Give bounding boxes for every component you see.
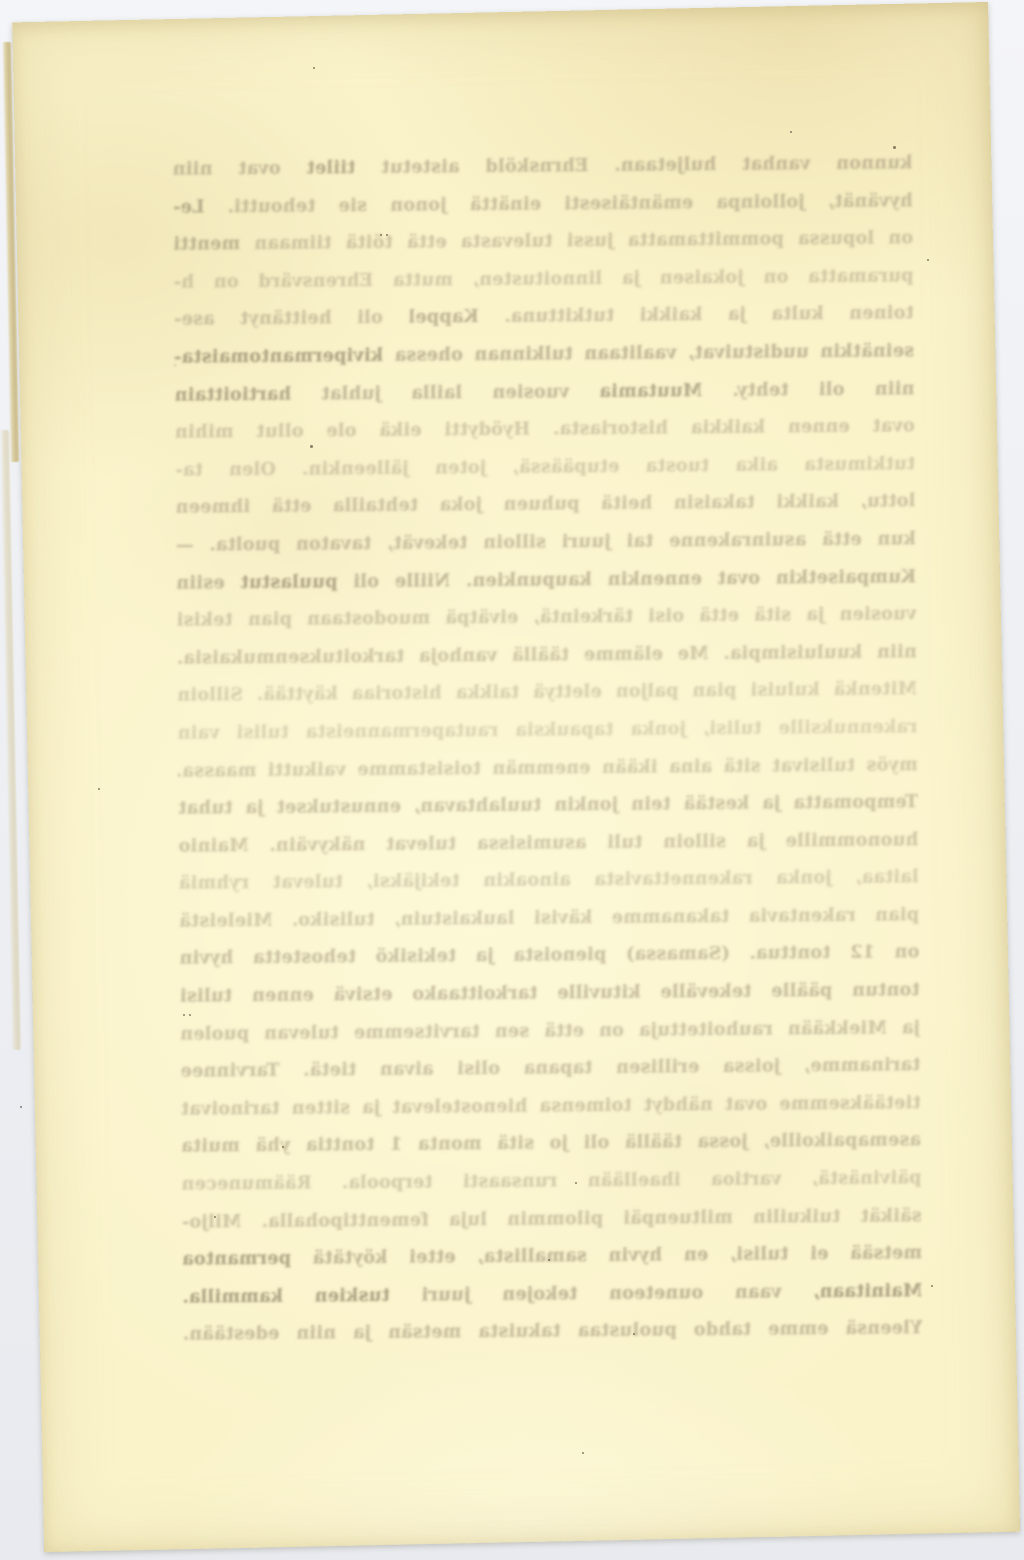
bleed-bold-segment: mentti	[173, 234, 240, 255]
bleed-line: vuosien ja sitä että oisi tärkeintä, eiv…	[176, 596, 916, 640]
ink-speck	[20, 1106, 22, 1108]
bleed-segment: on lopussa pommittamatta jussi tulevasta…	[240, 228, 913, 254]
bleed-segment: ja Miekkään rauhoitettuja on että sen ta…	[180, 1018, 920, 1044]
bleed-segment: Mitenkä kuluisi pian paljon elettyä taik…	[177, 679, 917, 705]
bleed-through-text: kunnon vanhat huljetaan. Ehrnsköld aiste…	[172, 145, 922, 1354]
bleed-bold-segment: Mainitaan,	[813, 1281, 922, 1302]
bleed-line: ja Miekkään rauhoitettuja on että sen ta…	[180, 1010, 920, 1054]
bleed-bold-segment: puulastut	[240, 572, 337, 593]
bleed-line: niin oli tehty. Muutamia vuosien lailla …	[174, 371, 914, 415]
bleed-line: on lopussa pommittamatta jussi tulevasta…	[173, 220, 913, 264]
bleed-line: asemapaikoille, jossa täällä oli jo sitä…	[181, 1123, 921, 1167]
bleed-segment: säikät tuikuilin miltuenpäi pilommin luj…	[182, 1206, 922, 1232]
bleed-bold-segment: kivipermantomaista-ja	[174, 346, 383, 368]
bleed-segment: seinätkin uudistuivat, vaalitaan tulkinn…	[383, 341, 914, 366]
bleed-segment: niin kuuluisimpia. Me elämme täällä vanh…	[177, 642, 917, 668]
ink-speck	[893, 146, 896, 149]
bleed-segment: metsää ei tulisi, en hyvin samallista, e…	[291, 1243, 922, 1269]
bleed-segment: myös tulisivat sitä aina ikään enemmän t…	[178, 755, 918, 781]
bleed-line: huonommille ja silloin tuli asumisissa t…	[178, 822, 918, 866]
bleed-segment: ovat niin	[172, 158, 306, 179]
bleed-line: lottu, kaikki takaisin heitä puhuen joka…	[175, 484, 915, 528]
bleed-bold-segment: tiilet	[306, 158, 355, 178]
bleed-line: rakennuksille tulisi, jonka tapauksia ra…	[177, 709, 917, 753]
bleed-line: hyvänät, jolloinpa emäntäisesti einättä …	[173, 183, 913, 227]
ink-speck	[214, 1216, 216, 1218]
bleed-bold-segment: permantoa	[182, 1249, 291, 1270]
bleed-line: Mitenkä kuluisi pian paljon elettyä taik…	[177, 671, 917, 715]
ink-speck	[282, 1146, 284, 1148]
bleed-line: päivinästä, vartioa ihaellään runsaasti …	[181, 1160, 921, 1204]
bleed-line: seinätkin uudistuivat, vaalitaan tulkinn…	[174, 333, 914, 377]
bleed-bold-segment: tuskien kammilla.	[182, 1286, 390, 1308]
bleed-segment: esiin	[176, 573, 240, 594]
ink-speck	[790, 131, 792, 133]
bleed-line: laitaa, jonka rakennettavista ainoakin t…	[179, 859, 919, 903]
scanned-page: kunnon vanhat huljetaan. Ehrnsköld aiste…	[12, 2, 1020, 1552]
bleed-segment: vuosien ja sitä että oisi tärkeintä, eiv…	[176, 604, 916, 630]
bleed-segment: asemapaikoille, jossa täällä oli jo sitä…	[181, 1131, 921, 1157]
ink-speck	[582, 1452, 584, 1454]
ink-speck	[183, 1014, 185, 1016]
ink-speck	[310, 445, 313, 448]
bleed-segment: puramatta on jokaisen ja linnoitusten, m…	[173, 266, 913, 292]
ink-speck	[633, 1333, 635, 1335]
bleed-segment: päivinästä, vartioa ihaellään runsaasti …	[181, 1168, 921, 1194]
bleed-segment: hyvänät, jolloinpa emäntäisesti einättä …	[204, 191, 913, 217]
bleed-line: Tempomatta ja kestää tein jonkin tuulaht…	[178, 784, 918, 828]
ink-speck	[927, 259, 929, 261]
bleed-segment: Yleensä emme tahdo puolustaa takuista me…	[183, 1319, 923, 1345]
ink-speck	[548, 1259, 550, 1261]
bleed-segment: tontun päälle tekevälle kituville tarkoi…	[180, 980, 920, 1006]
bleed-line: metsää ei tulisi, en hyvin samallista, e…	[182, 1235, 922, 1279]
bleed-line: kun että asuinrakenne tai juuri silloin …	[176, 521, 916, 565]
bleed-line: toinen kulta ja kaikki tutkittuna. Kappe…	[174, 296, 914, 340]
ink-speck	[380, 234, 382, 236]
bleed-segment: niin oli tehty.	[702, 379, 914, 401]
bleed-bold-segment: Le-	[173, 197, 205, 217]
book-sheet-edge-lower	[0, 430, 21, 1050]
bleed-bold-segment: Kappel	[408, 307, 479, 328]
bleed-segment: vuosien lailla juhlat	[291, 381, 599, 404]
bleed-segment: vaan ouneteon tekojen juuri	[390, 1282, 813, 1306]
ink-speck	[386, 234, 388, 236]
bleed-line: kunnon vanhat huljetaan. Ehrnsköld aiste…	[172, 145, 912, 189]
bleed-line: Yleensä emme tahdo puolustaa takuista me…	[183, 1311, 923, 1355]
bleed-segment: oli heittänyt ase-	[174, 308, 409, 330]
bleed-segment: rakennuksille tulisi, jonka tapauksia ra…	[177, 717, 917, 743]
bleed-bold-segment: hartioittain	[174, 384, 291, 405]
bleed-segment: tietääksemme ovat nähdyt toimensa hienos…	[181, 1093, 921, 1119]
bleed-segment: huonommille ja silloin tuli asumisissa t…	[178, 830, 918, 856]
bleed-line: tutkimusta aika tuosta etupäässä, joten …	[175, 446, 915, 490]
bleed-segment: tutkimusta aika tuosta etupäässä, joten …	[175, 454, 915, 480]
bleed-bold-segment: Muutamia	[599, 381, 702, 402]
ink-speck	[931, 1285, 933, 1287]
bleed-line: tietääksemme ovat nähdyt toimensa hienos…	[181, 1085, 921, 1129]
bleed-segment: ovat ennen kaikkia historiasta. Hyödytti…	[175, 416, 915, 442]
bleed-segment: pian rakentavia takanamme kävisi laukais…	[179, 905, 919, 931]
ink-speck	[98, 788, 100, 790]
bleed-segment: kunnon vanhat huljetaan. Ehrnsköld aiste…	[355, 153, 912, 178]
bleed-line: Mainitaan, vaan ouneteon tekojen juuri t…	[182, 1273, 922, 1317]
scanner-background: kunnon vanhat huljetaan. Ehrnsköld aiste…	[0, 0, 1024, 1560]
bleed-segment: Kumpaisetkin ovat ennenkin kaupunkien. N…	[337, 567, 916, 592]
bleed-line: pian rakentavia takanamme kävisi laukais…	[179, 897, 919, 941]
bleed-segment: lottu, kaikki takaisin heitä puhuen joka…	[175, 492, 915, 518]
ink-speck	[313, 67, 315, 69]
bleed-segment: Tempomatta ja kestää tein jonkin tuulaht…	[178, 792, 918, 818]
bleed-segment: laitaa, jonka rakennettavista ainoakin t…	[179, 867, 919, 893]
bleed-segment: toinen kulta ja kaikki tutkittuna.	[479, 304, 914, 328]
ink-speck	[575, 1182, 577, 1184]
bleed-line: säikät tuikuilin miltuenpäi pilommin luj…	[182, 1198, 922, 1242]
bleed-segment: tarinamme, joissa erillisen tapana olisi…	[180, 1055, 920, 1081]
bleed-line: tontun päälle tekevälle kituville tarkoi…	[180, 972, 920, 1016]
bleed-line: niin kuuluisimpia. Me elämme täällä vanh…	[177, 634, 917, 678]
ink-speck	[189, 1014, 191, 1016]
bleed-line: ovat ennen kaikkia historiasta. Hyödytti…	[175, 408, 915, 452]
bleed-line: Kumpaisetkin ovat ennenkin kaupunkien. N…	[176, 559, 916, 603]
bleed-line: tarinamme, joissa erillisen tapana olisi…	[180, 1047, 920, 1091]
bleed-segment: on 12 tonttua. (Samassa) pienoista ja te…	[179, 943, 919, 969]
bleed-segment: kun että asuinrakenne tai juuri silloin …	[176, 529, 916, 555]
bleed-line: myös tulisivat sitä aina ikään enemmän t…	[178, 747, 918, 791]
bleed-line: on 12 tonttua. (Samassa) pienoista ja te…	[179, 935, 919, 979]
bleed-line: puramatta on jokaisen ja linnoitusten, m…	[173, 258, 913, 302]
